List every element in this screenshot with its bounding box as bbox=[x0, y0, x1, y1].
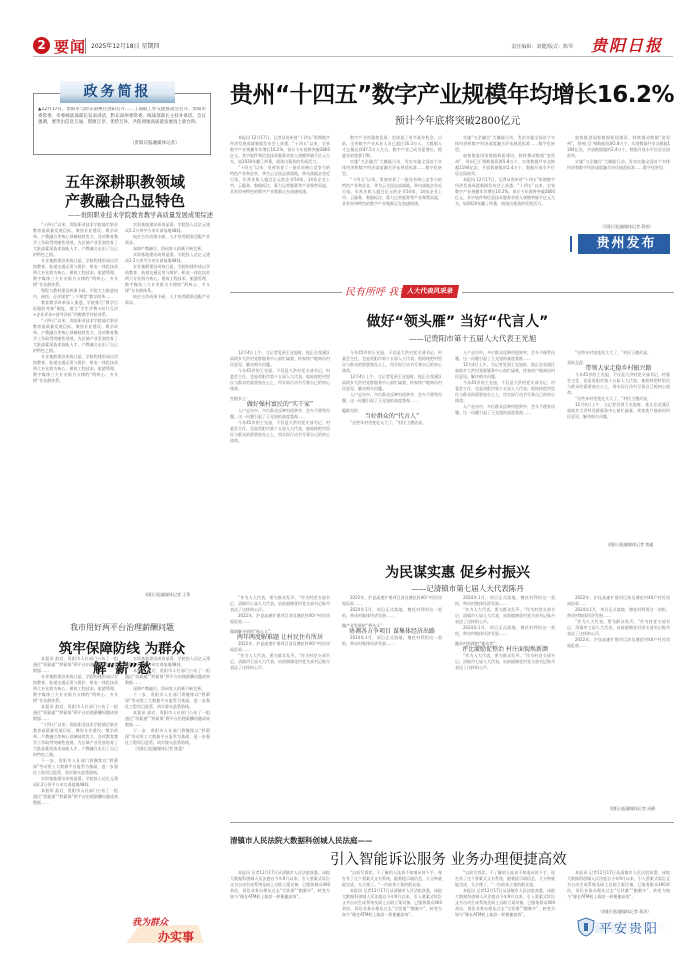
brief-text: ▲12月17日，贵阳市与黔东南州在贵阳召开……工商联工作交流座谈会召开。贵阳市委… bbox=[38, 107, 206, 141]
vocational-col-2: 实训基地建设成效显著。学院投入近亿元建成2.2万余平方米实训基地48间。 校企合… bbox=[125, 222, 210, 580]
court-col-4: 本报讯 记者12月17日从清镇市人民法院获悉，该院大数据科创城人民法庭自今年9月… bbox=[567, 870, 670, 908]
people-story1-byline: 贵阳日报融媒体记者 曾鑫 bbox=[608, 542, 653, 548]
wage-col-1: 本报讯 最近，贵阳市人社部门公布了一组通过“贵薪通”“黔薪保”两平台治理薪酬问题… bbox=[33, 656, 118, 956]
lead-col-4: 加快推进国家数据枢纽建设，持续推动数据“进贵州”，贵州已汇聚数据资源5.8万个，… bbox=[567, 135, 670, 219]
section-name: 要闻 bbox=[54, 36, 86, 57]
people-story2-byline: 贵阳日报融媒体记者 成静 bbox=[610, 806, 655, 812]
court-title: 引入智能诉讼服务 业务办理便捷高效 bbox=[330, 848, 650, 869]
ping-an-guiyang-logo: 平安贵阳 bbox=[577, 917, 677, 937]
editor-credit: 责任编辑：刘健/版式：陈琴 bbox=[511, 43, 573, 50]
people-story1-col-2: 今年45岁的王光旭，不仅是大洪村党支部书记、村委会主任，也是贵阳市第十五届人大代… bbox=[342, 350, 442, 557]
serve-the-people-logo: 我为群众 办实事 bbox=[120, 915, 205, 945]
vocational-title: 五年深耕职教领域 产教融合凸显特色 bbox=[40, 173, 210, 211]
header-separator bbox=[85, 38, 86, 54]
court-col-2: “以前写诉状，不了解的人连真不知道从何下手，现在有了这个要素式文书系统，跟着提示… bbox=[342, 870, 442, 922]
section-divider-right bbox=[462, 292, 674, 293]
lead-subtitle: 预计今年底将突破2800亿元 bbox=[215, 112, 700, 127]
court-byline: （贵阳日报融媒体记者 蒋涛） bbox=[598, 909, 651, 915]
court-divider bbox=[230, 822, 674, 823]
vocational-byline: 贵阳日报融媒体记者 王菁 bbox=[145, 592, 190, 598]
page-header: 2 要闻 2025年12月18日 星期四 责任编辑：刘健/版式：陈琴 贵阳日报 bbox=[33, 37, 673, 57]
people-story2-col-1: “作为人大代表，要为群众发声。”作为村党支部书记、清镇市七届人大代表，站前镇塘花… bbox=[230, 595, 330, 805]
lead-byline: （贵阳日报融媒体记者 蒋春） bbox=[600, 224, 653, 230]
people-story1-col-3: 人户走访中，多位群众反映村道狭窄，会车不便等问题。这一问题引起了王光旭的高度重视… bbox=[455, 350, 555, 557]
vocational-title-line1: 五年深耕职教领域 bbox=[40, 173, 210, 192]
lead-title: 贵州“十四五”数字产业规模年均增长16.2% bbox=[230, 76, 690, 109]
shield-icon bbox=[577, 917, 595, 937]
people-story2-col-4: 2022年，沪昆高速扩建项目涉及塘花村40户村民房屋征收…… 2024年1月，项… bbox=[567, 595, 670, 795]
guizhou-release-banner: 贵州发布 bbox=[578, 234, 670, 254]
lead-col-2: 数字产业的蓬勃发展，也创造了更多就业机会。目前，全省数字产业从业人员已超过16.… bbox=[342, 135, 442, 253]
ping-an-logo-text: 平安贵阳 bbox=[599, 918, 659, 937]
vocational-title-line2: 产教融合凸显特色 bbox=[40, 192, 210, 211]
court-kicker: 清镇市人民法院大数据科创城人民法庭—— bbox=[230, 835, 373, 846]
wage-col-2: 实训基地建设成效显著。学院投入近亿元建成2.2万余平方米实训基地48间。 本报讯… bbox=[125, 656, 210, 911]
people-story1-subtitle: ——记贵阳市第十五届人大代表王光旭 bbox=[215, 333, 700, 344]
people-story1-title: 做好“领头雁” 当好“代言人” bbox=[215, 311, 700, 331]
issue-date: 2025年12月18日 星期四 bbox=[91, 41, 159, 50]
masthead-logo: 贵阳日报 bbox=[591, 33, 663, 56]
people-banner-tag: 人大代表风采录 bbox=[401, 285, 459, 298]
people-story2-col-2: 2022年，沪昆高速扩建项目涉及塘花村40户村民房屋征收…… 2024年1月，项… bbox=[342, 595, 442, 805]
serve-logo-line2: 办实事 bbox=[158, 928, 194, 945]
people-story2-title: 为民谋实惠 促乡村振兴 bbox=[215, 562, 700, 582]
people-story2-col-3: 2024年1月，项目正式落地，塘花村利用这一契机，带动村集体经济发展…… “作为… bbox=[455, 595, 555, 805]
vocational-col-1: “十四五”以来，贵阳职业技术学院锚定职业教育高质量发展目标，聚焦专业建设、教学改… bbox=[33, 222, 118, 580]
brief-credit: （贵阳日报融媒体记者） bbox=[130, 140, 180, 146]
people-story2-subtitle: ——记清镇市第七届人大代表陈丹 bbox=[215, 583, 700, 594]
wage-kicker: 我市用好两平台治理薪酬问题 bbox=[33, 622, 211, 633]
court-col-3: “以前写诉状，不了解的人连真不知道从何下手，现在有了这个要素式文书系统，跟着提示… bbox=[455, 870, 555, 922]
section-divider-left bbox=[230, 292, 342, 293]
people-story1-col-4: “这些年村里变化太大了，”村民王德武说。 双向互促： 带领大家走稳乡村振兴路 今… bbox=[567, 350, 670, 540]
page-number-badge: 2 bbox=[33, 37, 50, 54]
court-col-1: 本报讯 记者12月17日从清镇市人民法院获悉，该院大数据科创城人民法庭自今年9月… bbox=[230, 870, 330, 922]
serve-logo-line1: 我为群众 bbox=[132, 915, 168, 928]
lead-col-3: 实施“万企融合”大赋能行动，发布实施全国首个实体经济和数字经济深度融合评估规范标… bbox=[455, 135, 555, 253]
brief-title: 政务简报 bbox=[60, 81, 175, 103]
vocational-subtitle: ——贵阳职业技术学院教育教学高质量发展成果综述 bbox=[38, 210, 213, 219]
people-story1-col-1: 12月4日上午，当记者见到王光旭时，他正在花溪区高坡乡大洪村党群服务中心前忙碌着… bbox=[230, 350, 330, 557]
lead-col-1: 本报讯 12月17日，记者从贵州省“十四五”时期数字经济发展成就新闻发布会上获悉… bbox=[230, 135, 330, 253]
